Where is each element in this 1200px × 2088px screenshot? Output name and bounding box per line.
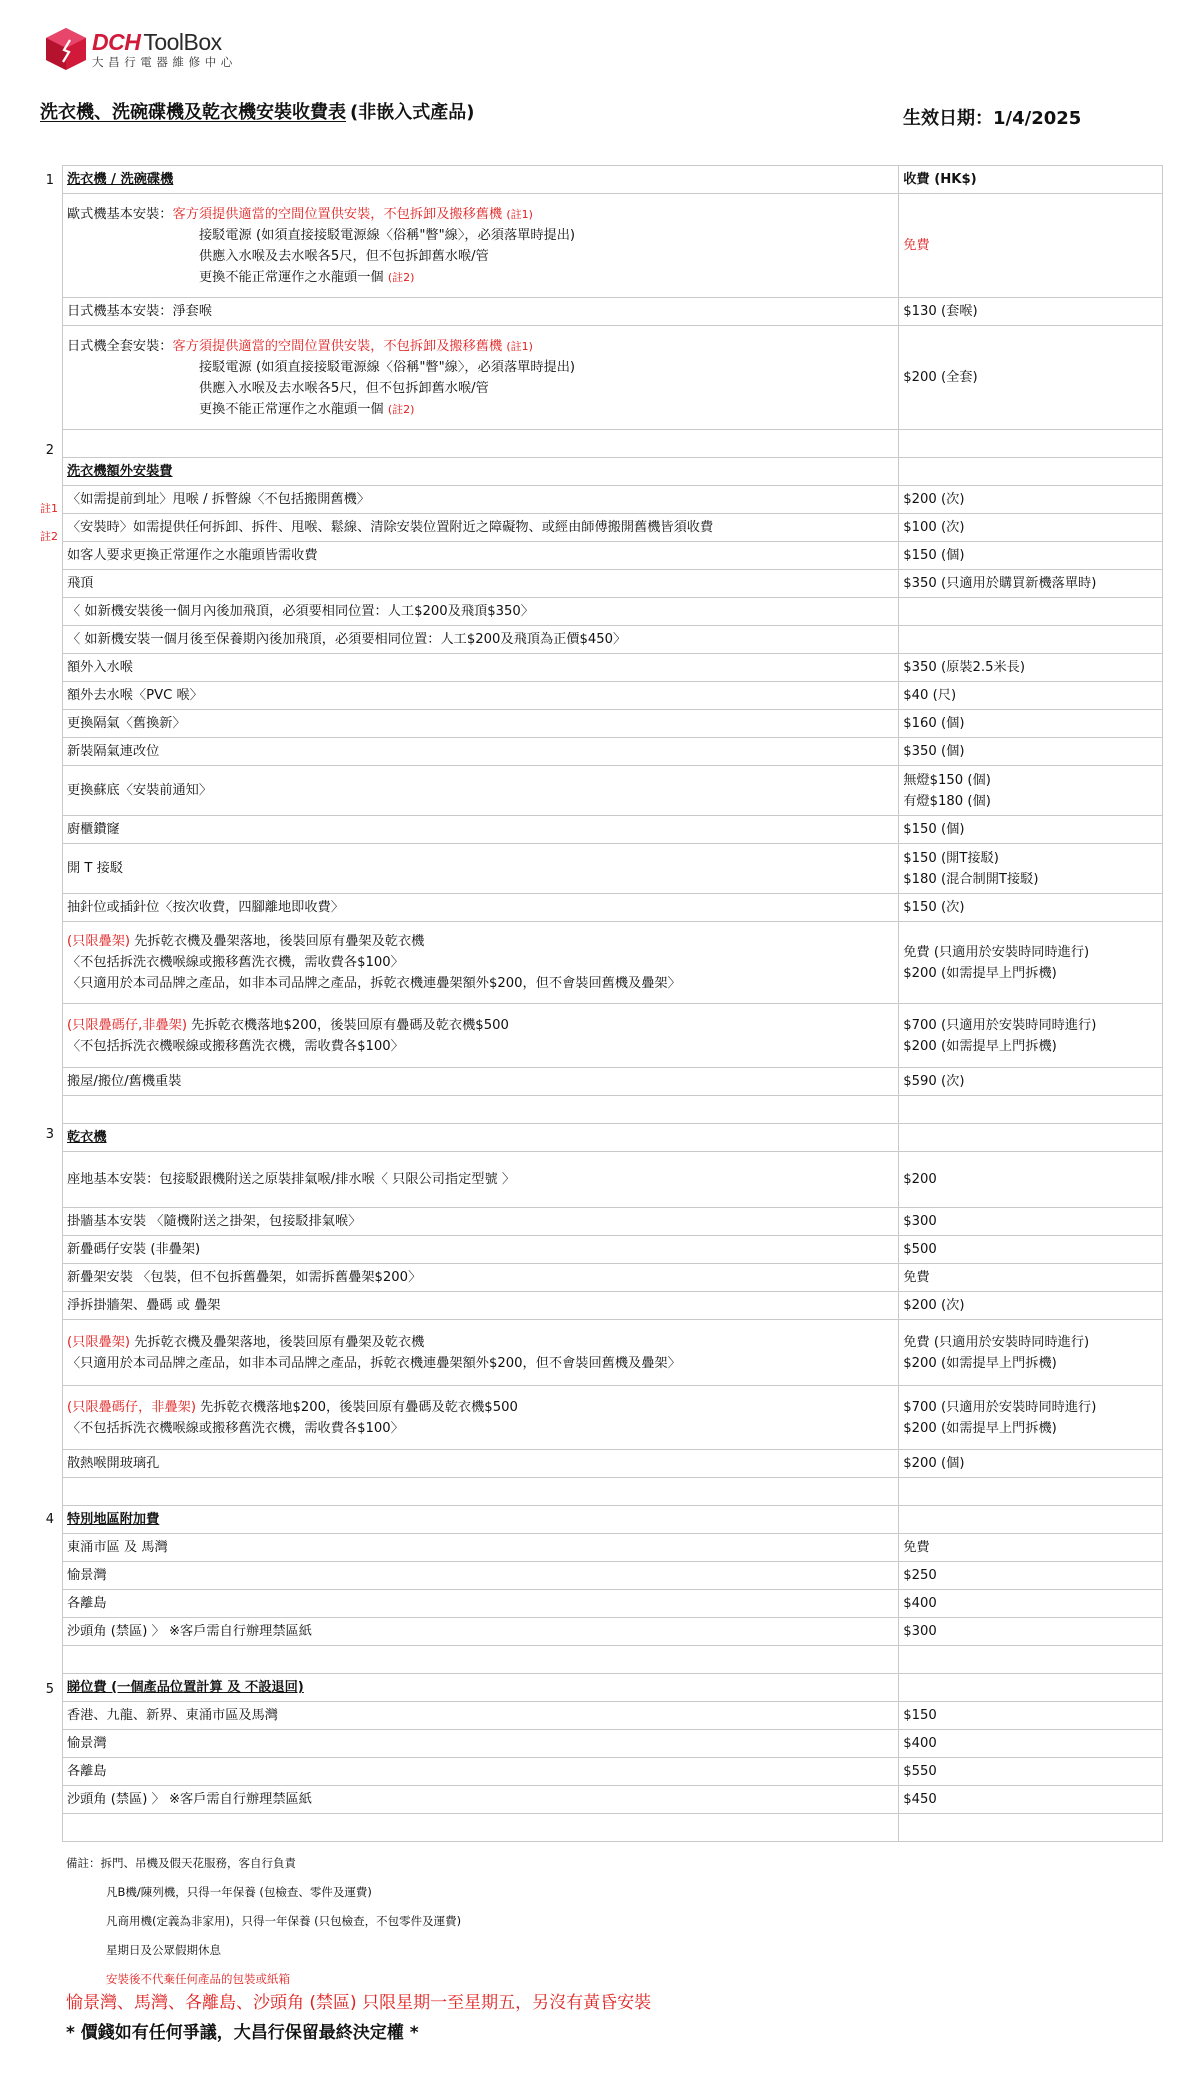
fee-header-label: 收費 (HK$)	[903, 172, 976, 187]
desc-cell: 淨拆掛牆架、疊碼 或 疊架	[63, 1292, 899, 1320]
table-row: 〈 如新機安裝後一個月內後加飛頂，必須要相同位置：人工$200及飛頂$350〉	[63, 598, 1163, 626]
fee-cell: $200 (次)	[899, 486, 1163, 514]
desc-cell: 愉景灣	[63, 1730, 899, 1758]
remark-line: 星期日及公眾假期休息	[66, 1936, 461, 1965]
table-row: 日式機基本安裝：淨套喉 $130 (套喉)	[63, 298, 1163, 326]
fee-cell	[899, 458, 1163, 486]
fee-cell: $200 (次)	[899, 1292, 1163, 1320]
row-line: 〈只適用於本司品牌之產品，如非本司品牌之產品，拆乾衣機連疊架額外$200，但不會…	[67, 1353, 894, 1374]
table-row: 座地基本安裝：包接駁跟機附送之原裝排氣喉/排水喉〈 只限公司指定型號 〉$200	[63, 1152, 1163, 1208]
fee-line: $700 (只適用於安裝時同時進行)	[903, 1397, 1158, 1418]
fee-cell: 免費	[899, 1534, 1163, 1562]
table-row: 抽針位或插針位〈按次收費，四腳離地即收費〉$150 (次)	[63, 894, 1163, 922]
fee-cell: $590 (次)	[899, 1068, 1163, 1096]
desc-cell: 東涌市區 及 馬灣	[63, 1534, 899, 1562]
fee-line: $700 (只適用於安裝時同時進行)	[903, 1015, 1158, 1036]
desc-cell: 愉景灣	[63, 1562, 899, 1590]
fee-cell	[899, 1646, 1163, 1674]
remark-line: 備註：拆門、吊機及假天花服務，客自行負責	[66, 1849, 461, 1878]
blank-row	[63, 430, 1163, 458]
fee-cell: $200 (個)	[899, 1450, 1163, 1478]
fee-line: $200 (如需提早上門拆機)	[903, 1353, 1158, 1374]
blank-row	[63, 1096, 1163, 1124]
note-ref: (註1)	[506, 340, 533, 353]
fee-cell: $450	[899, 1786, 1163, 1814]
row-line: 供應入水喉及去水喉各5尺，但不包拆卸舊水喉/管	[67, 246, 894, 267]
fee-cell: $400	[899, 1590, 1163, 1618]
fee-cell	[899, 1506, 1163, 1534]
fee-cell: 免費	[899, 1264, 1163, 1292]
fee-cell: $150 (開T接駁)$180 (混合制開T接駁)	[899, 844, 1163, 894]
table-row: (只限疊架) 先拆乾衣機及疊架落地，後裝回原有疊架及乾衣機 〈只適用於本司品牌之…	[63, 1320, 1163, 1386]
table-row: 各離島$400	[63, 1590, 1163, 1618]
fee-cell	[899, 430, 1163, 458]
table-row: 更換蘇底〈安裝前通知〉 無燈$150 (個)有燈$180 (個)	[63, 766, 1163, 816]
fee-cell: $250	[899, 1562, 1163, 1590]
red-warning: 客方須提供適當的空間位置供安裝，不包拆卸及搬移舊機	[173, 339, 503, 354]
desc-cell: 掛牆基本安裝 〈隨機附送之掛架，包接駁排氣喉〉	[63, 1208, 899, 1236]
desc-cell	[63, 1646, 899, 1674]
fee-cell	[899, 1674, 1163, 1702]
table-row: 〈如需提前到址〉甩喉 / 拆瞥線〈不包括搬開舊機〉$200 (次)	[63, 486, 1163, 514]
table-row: 新疊架安裝 〈包裝，但不包拆舊疊架，如需拆舊疊架$200〉免費	[63, 1264, 1163, 1292]
section-title: 洗衣機 / 洗碗碟機	[67, 172, 173, 187]
section-number: 5	[30, 1682, 54, 1697]
section-number: 2	[30, 443, 54, 458]
row-label: 日式機全套安裝：	[67, 339, 173, 354]
fee-cell: $160 (個)	[899, 710, 1163, 738]
desc-cell: 〈 如新機安裝後一個月內後加飛頂，必須要相同位置：人工$200及飛頂$350〉	[63, 598, 899, 626]
fee-cell	[899, 1096, 1163, 1124]
desc-cell: 〈 如新機安裝一個月後至保養期內後加飛頂，必須要相同位置：人工$200及飛頂為正…	[63, 626, 899, 654]
section-title-cell: 洗衣機額外安裝費	[63, 458, 899, 486]
section-title-cell: 睇位費 (一個產品位置計算 及 不設退回)	[63, 1674, 899, 1702]
fee-cell: $350 (個)	[899, 738, 1163, 766]
fee-cell: $700 (只適用於安裝時同時進行)$200 (如需提早上門拆機)	[899, 1386, 1163, 1450]
remarks: 備註：拆門、吊機及假天花服務，客自行負責 凡B機/陳列機，只得一年保養 (包檢查…	[66, 1849, 461, 1994]
company-logo: DCHToolBox 大昌行電器維修中心	[44, 26, 237, 72]
desc-cell: (只限疊架) 先拆乾衣機及疊架落地，後裝回原有疊架及乾衣機 〈不包括拆洗衣機喉線…	[63, 922, 899, 1004]
section-number: 1	[30, 173, 54, 188]
desc-cell: 抽針位或插針位〈按次收費，四腳離地即收費〉	[63, 894, 899, 922]
fee-cell: $200 (全套)	[899, 326, 1163, 430]
desc-cell: 開 T 接駁	[63, 844, 899, 894]
section-title-cell: 特別地區附加費	[63, 1506, 899, 1534]
fee-cell	[899, 598, 1163, 626]
table-row: (只限疊架) 先拆乾衣機及疊架落地，後裝回原有疊架及乾衣機 〈不包括拆洗衣機喉線…	[63, 922, 1163, 1004]
desc-cell: 沙頭角 (禁區) 〉 ※客戶需自行辦理禁區紙	[63, 1618, 899, 1646]
desc-cell: 新疊架安裝 〈包裝，但不包拆舊疊架，如需拆舊疊架$200〉	[63, 1264, 899, 1292]
fee-line: 無燈$150 (個)	[903, 770, 1158, 791]
desc-cell: 新疊碼仔安裝 (非疊架)	[63, 1236, 899, 1264]
fee-cell: $350 (只適用於購買新機落單時)	[899, 570, 1163, 598]
row-line: 〈不包括拆洗衣機喉線或搬移舊洗衣機，需收費各$100〉	[67, 1418, 894, 1439]
row-line: 〈不包括拆洗衣機喉線或搬移舊洗衣機，需收費各$100〉	[67, 952, 894, 973]
table-row: 東涌市區 及 馬灣免費	[63, 1534, 1163, 1562]
red-prefix: (只限疊碼仔,非疊架)	[67, 1018, 187, 1033]
fee-value: 免費	[903, 238, 929, 253]
table-row: 淨拆掛牆架、疊碼 或 疊架$200 (次)	[63, 1292, 1163, 1320]
desc-cell	[63, 1814, 899, 1842]
table-row: 搬屋/搬位/舊機重裝$590 (次)	[63, 1068, 1163, 1096]
desc-cell: 額外入水喉	[63, 654, 899, 682]
section-title-cell: 乾衣機	[63, 1124, 899, 1152]
desc-cell: 日式機全套安裝：客方須提供適當的空間位置供安裝，不包拆卸及搬移舊機 (註1) 接…	[63, 326, 899, 430]
fee-cell: $150 (次)	[899, 894, 1163, 922]
table-row: (只限疊碼仔,非疊架) 先拆乾衣機落地$200，後裝回原有疊碼及乾衣機$500 …	[63, 1004, 1163, 1068]
row-line: 先拆乾衣機落地$200，後裝回原有疊碼及乾衣機$500	[196, 1400, 518, 1415]
desc-cell: 日式機基本安裝：淨套喉	[63, 298, 899, 326]
fee-cell: $200	[899, 1152, 1163, 1208]
fee-line: 免費 (只適用於安裝時同時進行)	[903, 942, 1158, 963]
box-logo-icon	[44, 26, 88, 72]
row-line: 先拆乾衣機落地$200，後裝回原有疊碼及乾衣機$500	[187, 1018, 509, 1033]
page-title-text: 洗衣機、洗碗碟機及乾衣機安裝收費表	[40, 102, 346, 123]
red-prefix: (只限疊碼仔，非疊架)	[67, 1400, 196, 1415]
table-row: (只限疊碼仔，非疊架) 先拆乾衣機落地$200，後裝回原有疊碼及乾衣機$500 …	[63, 1386, 1163, 1450]
fee-line: 有燈$180 (個)	[903, 791, 1158, 812]
desc-cell	[63, 430, 899, 458]
desc-cell: 各離島	[63, 1590, 899, 1618]
table-row: 乾衣機	[63, 1124, 1163, 1152]
desc-cell: 廚櫃鑽窿	[63, 816, 899, 844]
desc-cell: 散熱喉開玻璃孔	[63, 1450, 899, 1478]
table-row: 散熱喉開玻璃孔$200 (個)	[63, 1450, 1163, 1478]
fee-line: $150 (開T接駁)	[903, 848, 1158, 869]
table-row: 沙頭角 (禁區) 〉 ※客戶需自行辦理禁區紙$300	[63, 1618, 1163, 1646]
table-row: 飛頂$350 (只適用於購買新機落單時)	[63, 570, 1163, 598]
table-row: 歐式機基本安裝：客方須提供適當的空間位置供安裝，不包拆卸及搬移舊機 (註1) 接…	[63, 194, 1163, 298]
fee-cell: $130 (套喉)	[899, 298, 1163, 326]
desc-cell: 更換隔氣〈舊換新〉	[63, 710, 899, 738]
desc-cell: 〈如需提前到址〉甩喉 / 拆瞥線〈不包括搬開舊機〉	[63, 486, 899, 514]
desc-cell: 更換蘇底〈安裝前通知〉	[63, 766, 899, 816]
table-row: 額外入水喉$350 (原裝2.5米長)	[63, 654, 1163, 682]
logo-brand-bold: DCH	[92, 29, 140, 55]
desc-cell: 額外去水喉〈PVC 喉〉	[63, 682, 899, 710]
red-prefix: (只限疊架)	[67, 1335, 130, 1350]
table-row: 新疊碼仔安裝 (非疊架)$500	[63, 1236, 1163, 1264]
fee-line: $180 (混合制開T接駁)	[903, 869, 1158, 890]
fee-cell	[899, 1478, 1163, 1506]
table-row: 日式機全套安裝：客方須提供適當的空間位置供安裝，不包拆卸及搬移舊機 (註1) 接…	[63, 326, 1163, 430]
table-row: 沙頭角 (禁區) 〉 ※客戶需自行辦理禁區紙$450	[63, 1786, 1163, 1814]
note-tag: 註1	[40, 500, 58, 516]
desc-cell: (只限疊碼仔，非疊架) 先拆乾衣機落地$200，後裝回原有疊碼及乾衣機$500 …	[63, 1386, 899, 1450]
row-label: 歐式機基本安裝：	[67, 207, 173, 222]
table-row: 〈 如新機安裝一個月後至保養期內後加飛頂，必須要相同位置：人工$200及飛頂為正…	[63, 626, 1163, 654]
fee-header: 收費 (HK$)	[899, 166, 1163, 194]
effective-date: 生效日期：1/4/2025	[903, 104, 1081, 130]
remark-line: 凡商用機(定義為非家用)，只得一年保養 (只包檢查，不包零件及運費)	[66, 1907, 461, 1936]
fee-cell: $400	[899, 1730, 1163, 1758]
row-line: 接駁電源 (如須直接接駁電源線〈俗稱"瞥"線〉，必須落單時提出)	[67, 225, 894, 246]
desc-cell: 如客人要求更換正常運作之水龍頭皆需收費	[63, 542, 899, 570]
row-line: 先拆乾衣機及疊架落地，後裝回原有疊架及乾衣機	[130, 1335, 424, 1350]
page-title-suffix: (非嵌入式產品)	[350, 98, 474, 124]
area-restriction-notice: 愉景灣、馬灣、各離島、沙頭角 (禁區) 只限星期一至星期五，另沒有黃昏安裝	[66, 1988, 651, 2013]
fee-line: $200 (如需提早上門拆機)	[903, 1418, 1158, 1439]
fee-line: $200 (如需提早上門拆機)	[903, 1036, 1158, 1057]
logo-subtitle: 大昌行電器維修中心	[92, 55, 237, 69]
row-line: 〈不包括拆洗衣機喉線或搬移舊洗衣機，需收費各$100〉	[67, 1036, 894, 1057]
note-ref: (註2)	[388, 271, 415, 284]
table-row: 愉景灣$400	[63, 1730, 1163, 1758]
blank-row	[63, 1814, 1163, 1842]
note-tag: 註2	[40, 528, 58, 544]
desc-cell: (只限疊架) 先拆乾衣機及疊架落地，後裝回原有疊架及乾衣機 〈只適用於本司品牌之…	[63, 1320, 899, 1386]
desc-cell: 香港、九龍、新界、東涌市區及馬灣	[63, 1702, 899, 1730]
row-line: 接駁電源 (如須直接接駁電源線〈俗稱"瞥"線〉，必須落單時提出)	[67, 357, 894, 378]
desc-cell: 沙頭角 (禁區) 〉 ※客戶需自行辦理禁區紙	[63, 1786, 899, 1814]
table-row: 睇位費 (一個產品位置計算 及 不設退回)	[63, 1674, 1163, 1702]
table-row: 〈安裝時〉如需提供任何拆卸、拆件、甩喉、鬆線、清除安裝位置附近之障礙物、或經由師…	[63, 514, 1163, 542]
section-title-cell: 洗衣機 / 洗碗碟機	[63, 166, 899, 194]
desc-cell: 座地基本安裝：包接駁跟機附送之原裝排氣喉/排水喉〈 只限公司指定型號 〉	[63, 1152, 899, 1208]
fee-cell: $350 (原裝2.5米長)	[899, 654, 1163, 682]
fee-cell: $40 (尺)	[899, 682, 1163, 710]
table-row: 洗衣機 / 洗碗碟機 收費 (HK$)	[63, 166, 1163, 194]
fee-cell: $500	[899, 1236, 1163, 1264]
fee-cell: $700 (只適用於安裝時同時進行)$200 (如需提早上門拆機)	[899, 1004, 1163, 1068]
table-row: 額外去水喉〈PVC 喉〉$40 (尺)	[63, 682, 1163, 710]
fee-cell: $100 (次)	[899, 514, 1163, 542]
table-row: 各離島$550	[63, 1758, 1163, 1786]
blank-row	[63, 1478, 1163, 1506]
section-number: 3	[30, 1127, 54, 1142]
desc-cell: 飛頂	[63, 570, 899, 598]
desc-cell: 各離島	[63, 1758, 899, 1786]
fee-cell: 無燈$150 (個)有燈$180 (個)	[899, 766, 1163, 816]
row-line: 供應入水喉及去水喉各5尺，但不包拆卸舊水喉/管	[67, 378, 894, 399]
fee-cell: 免費 (只適用於安裝時同時進行)$200 (如需提早上門拆機)	[899, 922, 1163, 1004]
fee-cell	[899, 626, 1163, 654]
fee-cell: $550	[899, 1758, 1163, 1786]
section-number: 4	[30, 1512, 54, 1527]
fee-cell: $150 (個)	[899, 542, 1163, 570]
red-prefix: (只限疊架)	[67, 934, 130, 949]
table-row: 愉景灣$250	[63, 1562, 1163, 1590]
note-ref: (註2)	[388, 403, 415, 416]
logo-brand-light: ToolBox	[143, 29, 221, 55]
section-title: 洗衣機額外安裝費	[67, 464, 173, 479]
fee-cell: 免費	[899, 194, 1163, 298]
table-row: 開 T 接駁 $150 (開T接駁)$180 (混合制開T接駁)	[63, 844, 1163, 894]
fee-cell: 免費 (只適用於安裝時同時進行)$200 (如需提早上門拆機)	[899, 1320, 1163, 1386]
fee-cell: $300	[899, 1618, 1163, 1646]
note-ref: (註1)	[506, 208, 533, 221]
fee-line: $200 (如需提早上門拆機)	[903, 963, 1158, 984]
desc-cell	[63, 1096, 899, 1124]
fee-cell: $150	[899, 1702, 1163, 1730]
table-row: 更換隔氣〈舊換新〉$160 (個)	[63, 710, 1163, 738]
fee-table: 洗衣機 / 洗碗碟機 收費 (HK$) 歐式機基本安裝：客方須提供適當的空間位置…	[62, 165, 1163, 1842]
table-row: 如客人要求更換正常運作之水龍頭皆需收費$150 (個)	[63, 542, 1163, 570]
section-title: 特別地區附加費	[67, 1512, 159, 1527]
fee-line: 免費 (只適用於安裝時同時進行)	[903, 1332, 1158, 1353]
fee-cell: $300	[899, 1208, 1163, 1236]
section-title: 乾衣機	[67, 1130, 107, 1145]
row-line: 先拆乾衣機及疊架落地，後裝回原有疊架及乾衣機	[130, 934, 424, 949]
table-row: 掛牆基本安裝 〈隨機附送之掛架，包接駁排氣喉〉$300	[63, 1208, 1163, 1236]
red-warning: 客方須提供適當的空間位置供安裝，不包拆卸及搬移舊機	[173, 207, 503, 222]
fee-cell	[899, 1124, 1163, 1152]
desc-cell: 〈安裝時〉如需提供任何拆卸、拆件、甩喉、鬆線、清除安裝位置附近之障礙物、或經由師…	[63, 514, 899, 542]
row-line: 更換不能正常運作之水龍頭一個	[199, 402, 384, 417]
desc-cell: 歐式機基本安裝：客方須提供適當的空間位置供安裝，不包拆卸及搬移舊機 (註1) 接…	[63, 194, 899, 298]
desc-cell	[63, 1478, 899, 1506]
remark-line: 凡B機/陳列機，只得一年保養 (包檢查、零件及運費)	[66, 1878, 461, 1907]
table-row: 新裝隔氣連改位$350 (個)	[63, 738, 1163, 766]
table-row: 廚櫃鑽窿$150 (個)	[63, 816, 1163, 844]
desc-cell: 搬屋/搬位/舊機重裝	[63, 1068, 899, 1096]
section-title: 睇位費 (一個產品位置計算 及 不設退回)	[67, 1680, 304, 1695]
blank-row	[63, 1646, 1163, 1674]
dispute-disclaimer: * 價錢如有任何爭議，大昌行保留最終決定權 *	[66, 2018, 419, 2043]
table-row: 特別地區附加費	[63, 1506, 1163, 1534]
row-line: 〈只適用於本司品牌之產品，如非本司品牌之產品，拆乾衣機連疊架額外$200，但不會…	[67, 973, 894, 994]
row-line: 更換不能正常運作之水龍頭一個	[199, 270, 384, 285]
desc-cell: 新裝隔氣連改位	[63, 738, 899, 766]
fee-cell: $150 (個)	[899, 816, 1163, 844]
page-title: 洗衣機、洗碗碟機及乾衣機安裝收費表(非嵌入式產品)	[40, 98, 474, 124]
table-row: 香港、九龍、新界、東涌市區及馬灣$150	[63, 1702, 1163, 1730]
fee-cell	[899, 1814, 1163, 1842]
table-row: 洗衣機額外安裝費	[63, 458, 1163, 486]
desc-cell: (只限疊碼仔,非疊架) 先拆乾衣機落地$200，後裝回原有疊碼及乾衣機$500 …	[63, 1004, 899, 1068]
